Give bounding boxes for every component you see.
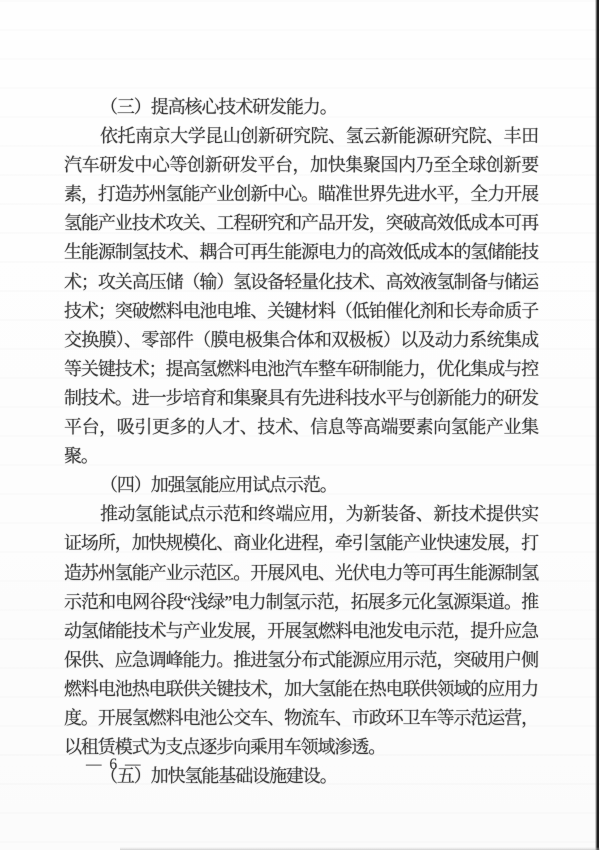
page-number: — 6 —	[86, 756, 143, 774]
scan-edge-line-right	[595, 0, 599, 850]
paragraph-pilot-demo: 推动氢能试点示范和终端应用，为新装备、新技术提供实证场所，加快规模化、商业化进程…	[64, 500, 538, 762]
section-heading-core-tech: （三）提高核心技术研发能力。	[64, 93, 538, 122]
paragraph-core-tech-rd: 依托南京大学昆山创新研究院、氢云新能源研究院、丰田汽车研发中心等创新研发平台，加…	[64, 122, 538, 471]
section-heading-pilot-demo: （四）加强氢能应用试点示范。	[64, 471, 538, 500]
document-body: （三）提高核心技术研发能力。 依托南京大学昆山创新研究院、氢云新能源研究院、丰田…	[64, 93, 538, 791]
document-page: （三）提高核心技术研发能力。 依托南京大学昆山创新研究院、氢云新能源研究院、丰田…	[0, 0, 600, 850]
